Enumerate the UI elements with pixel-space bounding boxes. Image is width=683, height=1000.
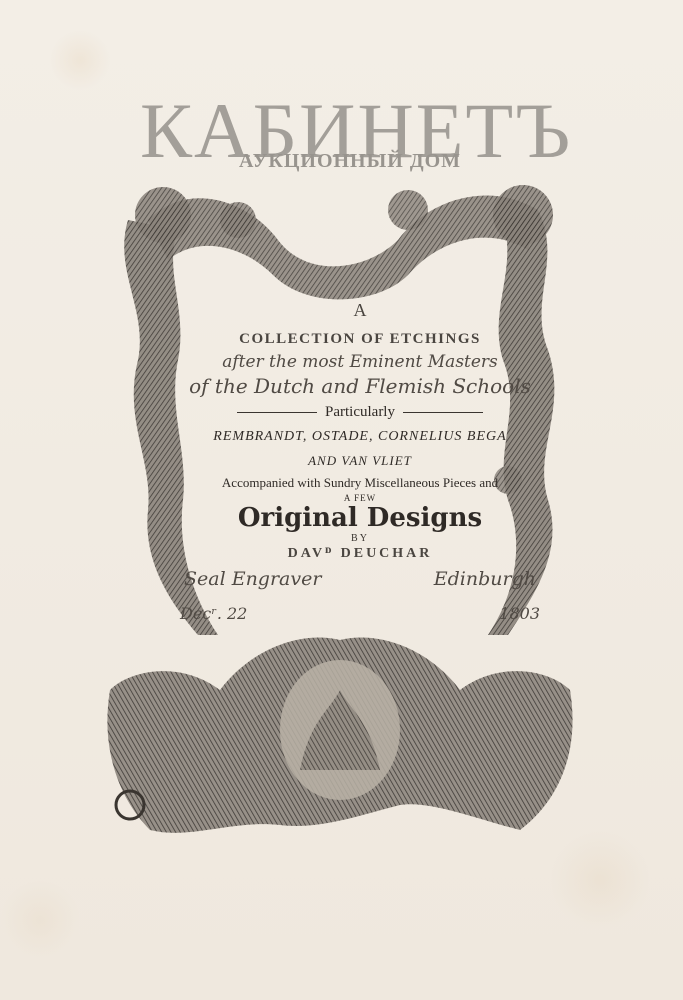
place: Edinburgh (434, 568, 536, 590)
title-line-a-few: A FEW (180, 493, 540, 503)
watermark-subtitle: АУКЦИОННЫЙ ДОМ (140, 150, 560, 173)
title-line-schools: of the Dutch and Flemish Schools (180, 374, 540, 398)
title-line-artists: REMBRANDT, OSTADE, CORNELIUS BEGA (180, 429, 540, 445)
date-year: 1803 (499, 604, 540, 623)
title-line-particularly: Particularly (180, 404, 540, 421)
title-page-text: A COLLECTION OF ETCHINGS after the most … (180, 300, 540, 623)
auction-house-watermark: КАБИНЕТЪ АУКЦИОННЫЙ ДОМ (140, 92, 560, 170)
bottom-cartouche-ornament (100, 630, 580, 870)
title-line-van-vliet: AND VAN VLIET (180, 453, 540, 469)
divider-rule (403, 412, 483, 413)
date-day: Decʳ. 22 (180, 604, 247, 623)
title-line-by: BY (180, 533, 540, 544)
title-line-masters: after the most Eminent Masters (180, 352, 540, 372)
cartouche-icon (100, 630, 580, 870)
title-article: A (180, 300, 540, 321)
title-line-original-designs: Original Designs (180, 503, 540, 533)
title-line-accompanied: Accompanied with Sundry Miscellaneous Pi… (180, 475, 540, 491)
particularly-text: Particularly (325, 404, 395, 421)
occupation: Seal Engraver (184, 568, 321, 590)
date-line: Decʳ. 22 1803 (180, 604, 540, 623)
occupation-place-line: Seal Engraver Edinburgh (180, 568, 540, 590)
title-line-collection: COLLECTION OF ETCHINGS (180, 331, 540, 348)
author-name: DAVᴰ DEUCHAR (180, 546, 540, 562)
divider-rule (237, 412, 317, 413)
